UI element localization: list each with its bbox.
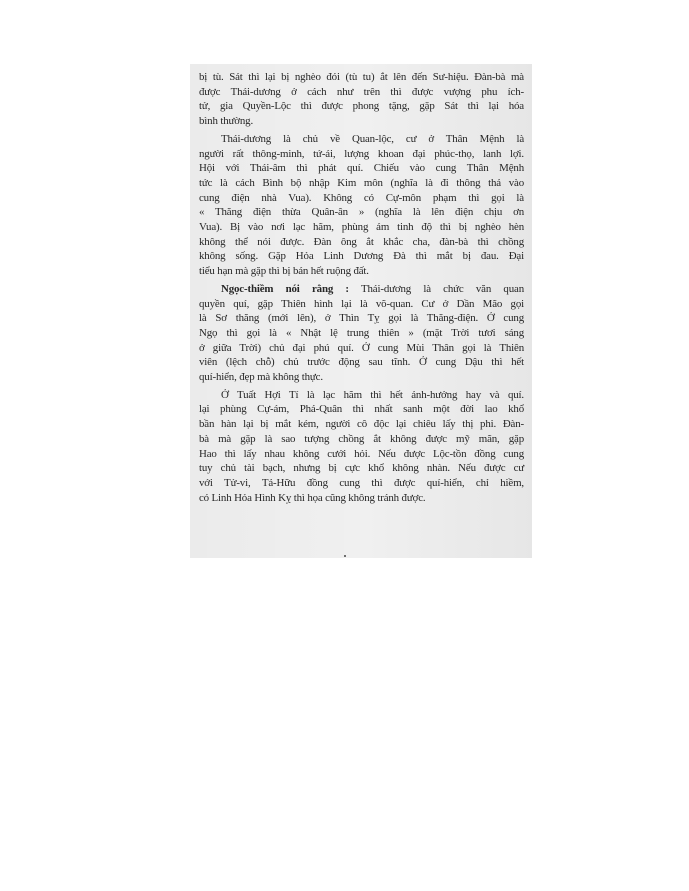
- paragraph-lead-heading: Ngọc-thiềm nói rằng :: [221, 283, 349, 295]
- text-line: tử, gia Quyền-Lộc thì được phong tặng, g…: [199, 99, 524, 114]
- text-line: tuy chủ tài bạch, nhưng bị cực khổ không…: [199, 461, 524, 476]
- text-line: bị tù. Sát thì lại bị nghèo đói (tù tu) …: [199, 70, 524, 85]
- text-line: có Linh Hỏa Hình Kỵ thì họa cũng không t…: [199, 491, 524, 506]
- text-line: Vua). Bị vào nơi lạc hãm, phùng ám tinh …: [199, 220, 524, 235]
- text-line: không sống. Gặp Hỏa Linh Dương Đà thì mắ…: [199, 249, 524, 264]
- text-line: Hội với Thái-âm thì phát quí. Chiếu vào …: [199, 161, 524, 176]
- text-line: quyền quí, gặp Thiên hình lại là võ-quan…: [199, 297, 524, 312]
- text-line: người rất thông-minh, tứ-ái, lượng khoan…: [199, 147, 524, 162]
- text-fragment: Thái-dương là chức văn quan: [349, 283, 524, 295]
- text-line: ở giữa Trời) chủ đại phú quí. Ở cung Mùi…: [199, 341, 524, 356]
- text-line: quí-hiển, đẹp mà không thực.: [199, 370, 524, 385]
- text-line: là Sơ thăng (mới lên), ở Thìn Tỵ gọi là …: [199, 311, 524, 326]
- text-line: Ngọc-thiềm nói rằng : Thái-dương là chức…: [199, 282, 524, 297]
- text-line: viên (lệch chỗ) chủ trước động sau tĩnh.…: [199, 355, 524, 370]
- text-line: tức là cách Bình bộ nhập Kim môn (nghĩa …: [199, 176, 524, 191]
- scan-artifact-dot: [344, 555, 346, 557]
- paragraph-3: Ngọc-thiềm nói rằng : Thái-dương là chức…: [199, 282, 524, 385]
- text-line: bình thường.: [199, 114, 524, 129]
- text-line: với Tử-vi, Tả-Hữu đồng cung thì được quí…: [199, 476, 524, 491]
- text-line: tiểu hạn mà gặp thì bị bán hết ruộng đất…: [199, 264, 524, 279]
- text-line: Ở Tuất Hợi Tí là lạc hãm thì hết ảnh-hưở…: [199, 388, 524, 403]
- text-line: bần hàn lại bị mắt kém, người cô độc lại…: [199, 417, 524, 432]
- paragraph-1: bị tù. Sát thì lại bị nghèo đói (tù tu) …: [199, 70, 524, 129]
- text-line: không thể nói được. Đàn ông ắt khắc cha,…: [199, 235, 524, 250]
- text-line: Hao thì lấy nhau không cưới hỏi. Nếu đượ…: [199, 447, 524, 462]
- text-line: được Thái-dương ở cách như trên thì được…: [199, 85, 524, 100]
- text-line: bà mà gặp là sao tượng chồng ắt không đư…: [199, 432, 524, 447]
- paragraph-4: Ở Tuất Hợi Tí là lạc hãm thì hết ảnh-hưở…: [199, 388, 524, 506]
- text-line: « Thăng điện thừa Quân-ân » (nghĩa là lê…: [199, 205, 524, 220]
- text-line: Ngọ thì gọi là « Nhật lệ trung thiên » (…: [199, 326, 524, 341]
- text-line: lại phùng Cự-ám, Phá-Quân thì nhất sanh …: [199, 402, 524, 417]
- text-line: cung điện nhà Vua). Không có Cự-môn phạm…: [199, 191, 524, 206]
- text-line: Thái-dương là chủ về Quan-lộc, cư ở Thân…: [199, 132, 524, 147]
- scanned-book-page: bị tù. Sát thì lại bị nghèo đói (tù tu) …: [190, 64, 532, 558]
- paragraph-2: Thái-dương là chủ về Quan-lộc, cư ở Thân…: [199, 132, 524, 279]
